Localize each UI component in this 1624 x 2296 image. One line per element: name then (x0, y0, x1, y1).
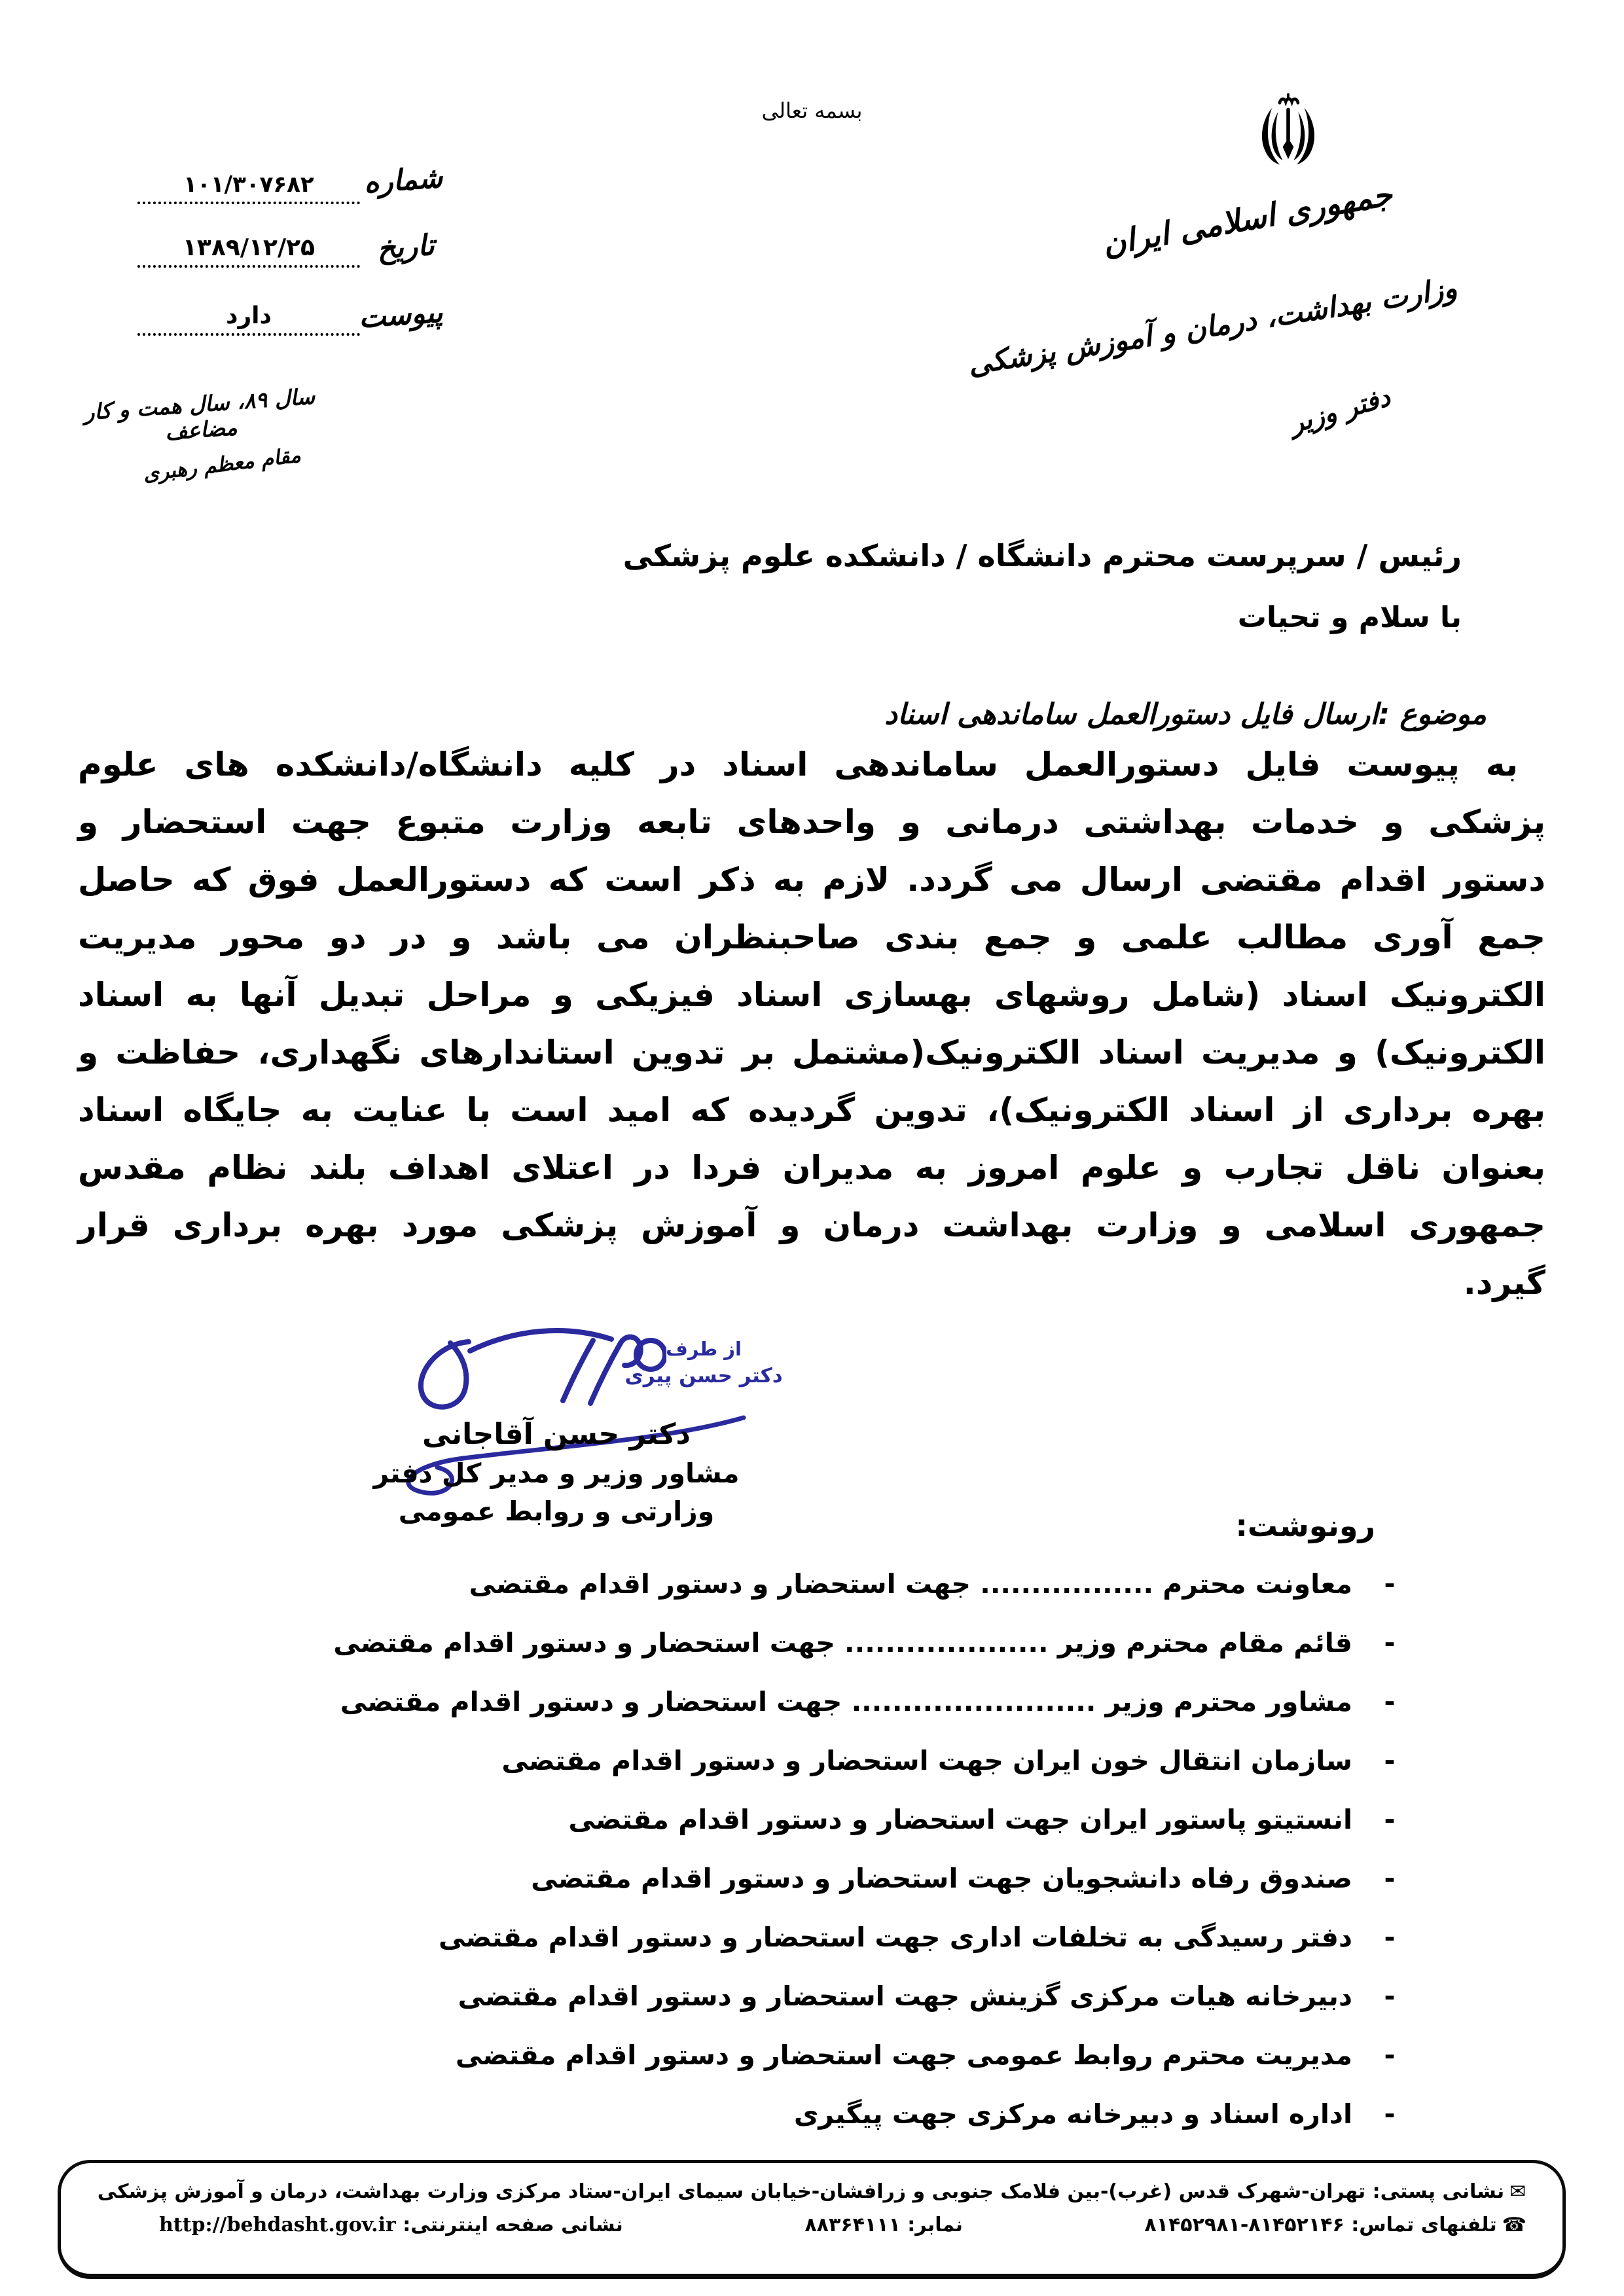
cc-label: رونوشت: (1235, 1508, 1375, 1543)
footer-address-line: ✉نشانی پستی: تهران-شهرک قدس (غرب)-بین فل… (61, 2180, 1562, 2203)
cc-item: -دفتر رسیدگی به تخلفات اداری جهت استحضار… (333, 1922, 1398, 1981)
cc-dash: - (1381, 1922, 1398, 1953)
envelope-icon: ✉ (1509, 2180, 1526, 2203)
subject-label: موضوع : (1378, 698, 1487, 731)
footer-contacts-line: ☎تلفنهای تماس: ۸۱۴۵۲۹۸۱-۸۱۴۵۲۱۴۶ نمابر: … (61, 2214, 1562, 2236)
date-value: ۱۳۸۹/۱۲/۲۵ (137, 234, 360, 268)
attachment-value-text: دارد (226, 302, 272, 329)
cc-item: -سازمان انتقال خون ایران جهت استحضار و د… (333, 1745, 1398, 1804)
minister-office-title: دفتر وزیر (1287, 382, 1394, 439)
signer-block: دکتر حسن آقاجانی مشاور وزیر و مدیر کل دف… (353, 1418, 759, 1527)
number-value: ۱۰۱/۳۰۷۶۸۲ (137, 171, 360, 204)
cc-item-text: قائم مقام محترم وزیر ...................… (333, 1627, 1352, 1659)
footer-contact-box: ✉نشانی پستی: تهران-شهرک قدس (غرب)-بین فل… (58, 2160, 1566, 2279)
subject-line: موضوع :ارسال فایل دستورالعمل ساماندهی اس… (884, 698, 1487, 731)
republic-title: جمهوری اسلامی ایران (1100, 176, 1395, 263)
cc-dash: - (1381, 1804, 1398, 1835)
attachment-label: پیوست (357, 296, 444, 335)
cc-item-text: صندوق رفاه دانشجویان جهت استحضار و دستور… (531, 1863, 1352, 1894)
fax-label: نمابر: (907, 2214, 963, 2236)
cc-dash: - (1381, 1686, 1398, 1717)
web-url: http://behdasht.gov.ir (159, 2214, 396, 2236)
ministry-title: وزارت بهداشت، درمان و آموزش پزشکی (965, 272, 1459, 382)
signer-title-line2: وزارتی و روابط عمومی (353, 1496, 759, 1527)
addressee-line: رئیس / سرپرست محترم دانشگاه / دانشکده عل… (623, 538, 1462, 573)
cc-item-text: انستیتو پاستور ایران جهت استحضار و دستور… (568, 1804, 1352, 1835)
cc-item-text: مشاور محترم وزیر .......................… (340, 1686, 1352, 1717)
slogan-attribution: مقام معظم رهبری (142, 443, 302, 486)
footer-phones: ☎تلفنهای تماس: ۸۱۴۵۲۹۸۱-۸۱۴۵۲۱۴۶ (1144, 2214, 1526, 2236)
footer-web: نشانی صفحه اینترنتی: http://behdasht.gov… (159, 2214, 623, 2236)
signature-scribble (391, 1317, 666, 1415)
web-label: نشانی صفحه اینترنتی: (403, 2214, 623, 2236)
cc-dash: - (1381, 1863, 1398, 1894)
number-value-text: ۱۰۱/۳۰۷۶۸۲ (183, 171, 314, 198)
cc-item-text: دبیرخانه هیات مرکزی گزینش جهت استحضار و … (458, 1981, 1352, 2012)
cc-dash: - (1381, 2039, 1398, 2071)
bismillah-text: بسمه تعالی (0, 98, 1624, 123)
iran-emblem-icon (1252, 89, 1325, 175)
footer-fax: نمابر: ۸۸۳۶۴۱۱۱ (804, 2214, 963, 2236)
cc-item: -صندوق رفاه دانشجویان جهت استحضار و دستو… (333, 1863, 1398, 1922)
cc-item-text: مدیریت محترم روابط عمومی جهت استحضار و د… (456, 2039, 1352, 2071)
cc-dash: - (1381, 2098, 1398, 2130)
phones-value: ۸۱۴۵۲۹۸۱-۸۱۴۵۲۱۴۶ (1144, 2214, 1344, 2236)
cc-list: -معاونت محترم ................. جهت استح… (333, 1568, 1398, 2157)
fax-value: ۸۸۳۶۴۱۱۱ (804, 2214, 900, 2236)
phones-label: تلفنهای تماس: (1351, 2214, 1496, 2236)
salutation-line: با سلام و تحیات (1238, 601, 1462, 634)
cc-item: -قائم مقام محترم وزیر ..................… (333, 1627, 1398, 1686)
cc-item: -انستیتو پاستور ایران جهت استحضار و دستو… (333, 1804, 1398, 1863)
year-slogan: سال ۸۹، سال همت و کار مضاعف (55, 382, 346, 453)
cc-item: -اداره اسناد و دبیرخانه مرکزی جهت پیگیری (333, 2098, 1398, 2157)
cc-item: -مدیریت محترم روابط عمومی جهت استحضار و … (333, 2039, 1398, 2098)
signer-title-line1: مشاور وزیر و مدیر کل دفتر (353, 1458, 759, 1489)
cc-dash: - (1381, 1745, 1398, 1776)
attachment-value: دارد (137, 302, 360, 336)
cc-item-text: اداره اسناد و دبیرخانه مرکزی جهت پیگیری (794, 2098, 1352, 2130)
letter-body: به پیوست فایل دستورالعمل ساماندهی اسناد … (78, 736, 1545, 1312)
signer-name: دکتر حسن آقاجانی (353, 1418, 759, 1451)
footer-address-text: نشانی پستی: تهران-شهرک قدس (غرب)-بین فلا… (98, 2180, 1504, 2203)
cc-item-text: معاونت محترم ................. جهت استحض… (469, 1568, 1352, 1600)
subject-text: ارسال فایل دستورالعمل ساماندهی اسناد (884, 698, 1378, 731)
cc-dash: - (1381, 1627, 1398, 1659)
cc-item: -مشاور محترم وزیر ......................… (333, 1686, 1398, 1745)
cc-item: -معاونت محترم ................. جهت استح… (333, 1568, 1398, 1627)
cc-item-text: سازمان انتقال خون ایران جهت استحضار و دس… (501, 1745, 1352, 1776)
cc-item-text: دفتر رسیدگی به تخلفات اداری جهت استحضار … (439, 1922, 1352, 1953)
number-label: شماره (363, 161, 443, 200)
date-label: تاریخ (376, 228, 435, 266)
cc-item: -دبیرخانه هیات مرکزی گزینش جهت استحضار و… (333, 1981, 1398, 2039)
phone-icon: ☎ (1502, 2214, 1526, 2236)
date-value-text: ۱۳۸۹/۱۲/۲۵ (183, 234, 315, 261)
cc-dash: - (1381, 1981, 1398, 2012)
scanned-letter-page: بسمه تعالی جمهوری اسلامی ایران وزارت بهد… (0, 0, 1624, 2296)
cc-dash: - (1381, 1568, 1398, 1600)
